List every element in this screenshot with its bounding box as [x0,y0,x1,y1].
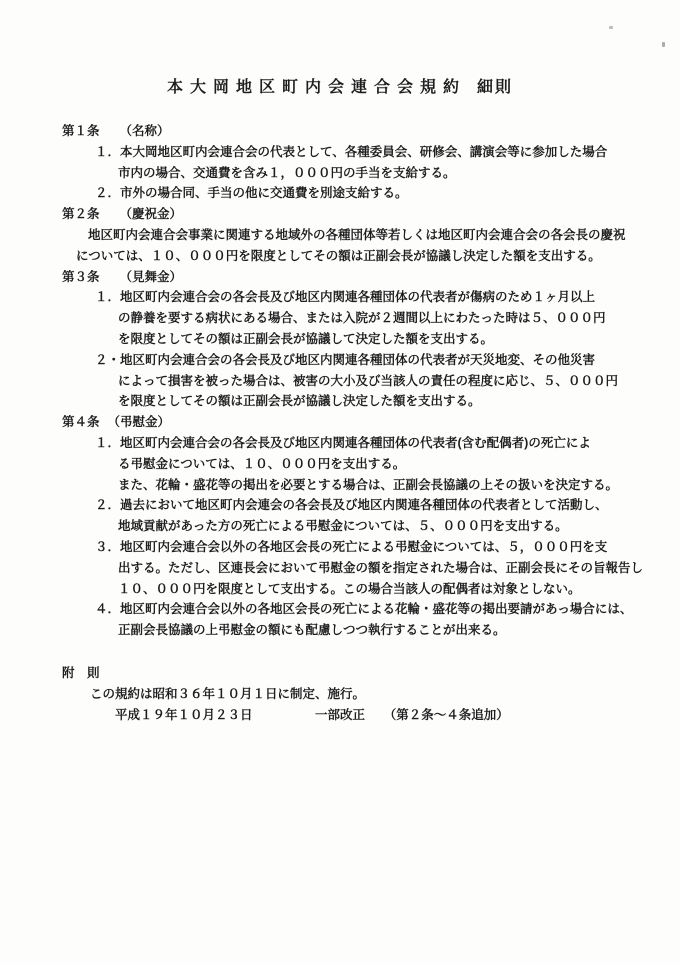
article-3-number: 第３条 [62,267,100,288]
article-3-line-5: によって損害を被った場合は、被害の大小及び当該人の責任の程度に応じ、５、０００円 [62,371,662,392]
article-4-line-7: 出する。ただし、区連長会において弔慰金の額を指定された場合は、正副会長にその旨報… [62,558,662,579]
article-4-line-5: 地域貢献があった方の死亡による弔慰金については、５、０００円を支出する。 [62,516,662,537]
article-3-line-1: １．地区町内会連合会の各会長及び地区内関連各種団体の代表者が傷病のため１ヶ月以上 [62,287,662,308]
article-4-line-10: 正副会長協議の上弔慰金の額にも配慮しつつ執行することが出来る。 [62,620,662,641]
document-title-main: 本大岡地区町内会連合会規約 [167,79,466,96]
article-4-line-3: また、花輪・盛花等の掲出を必要とする場合は、正副会長協議の上その扱いを決定する。 [62,475,662,496]
article-4-line-9: ４．地区町内会連合会以外の各地区会長の死亡による花輪・盛花等の掲出要請があっ場合… [62,599,662,620]
article-1-line-2: 市内の場合、交通費を含み１，０００円の手当を支給する。 [62,163,662,184]
article-1-heading: 第１条 （名称） [62,121,662,142]
document-body: 第１条 （名称） １．本大岡地区町内会連合会の代表として、各種委員会、研修会、講… [62,121,662,725]
article-2-heading: 第２条 （慶祝金） [62,204,662,225]
document-title-suffix: 細則 [477,79,513,96]
article-2-caption: （慶祝金） [120,204,183,225]
article-4-line-4: ２．過去において地区町内会連会の各会長及び地区内関連各種団体の代表者として活動し… [62,495,662,516]
article-3-line-6: を限度としてその額は正副会長が協議し決定した額を支出する。 [62,391,662,412]
article-1-line-1: １．本大岡地区町内会連合会の代表として、各種委員会、研修会、講演会等に参加した場… [62,142,662,163]
scanned-document-page: 本大岡地区町内会連合会規約細則 第１条 （名称） １．本大岡地区町内会連合会の代… [0,0,680,963]
scan-speck [662,42,665,47]
article-2-line-2: については、１０、０００円を限度としてその額は正副会長が協議し決定した額を支出す… [62,246,662,267]
article-4-line-6: ３．地区町内会連合会以外の各地区会長の死亡による弔慰金については、５，０００円を… [62,537,662,558]
article-1: 第１条 （名称） １．本大岡地区町内会連合会の代表として、各種委員会、研修会、講… [62,121,662,204]
appendix: 附 則 この規約は昭和３６年１０月１日に制定、施行。 平成１９年１０月２３日 一… [62,663,662,725]
article-2-number: 第２条 [62,204,100,225]
appendix-line-2: 平成１９年１０月２３日 一部改正 （第２条～４条追加） [62,705,662,726]
article-4: 第４条 （弔慰金） １．地区町内会連合会の各会長及び地区内関連各種団体の代表者(… [62,412,662,641]
article-1-number: 第１条 [62,121,100,142]
article-1-caption: （名称） [120,121,170,142]
article-4-line-8: １０、０００円を限度として支出する。この場合当該人の配偶者は対象としない。 [62,579,662,600]
article-2-line-1: 地区町内会連合会事業に関連する地域外の各種団体等若しくは地区町内会連合会の各会長… [62,225,662,246]
article-4-number: 第４条 [62,412,100,433]
article-2: 第２条 （慶祝金） 地区町内会連合会事業に関連する地域外の各種団体等若しくは地区… [62,204,662,266]
article-3-line-2: の静養を要する病状にある場合、または入院が２週間以上にわたった時は５、０００円 [62,308,662,329]
article-3-heading: 第３条 （見舞金） [62,267,662,288]
appendix-line-1: この規約は昭和３６年１０月１日に制定、施行。 [62,684,662,705]
article-3-line-4: ２・地区町内会連合会の各会長及び地区内関連各種団体の代表者が天災地変、その他災害 [62,350,662,371]
article-4-heading: 第４条 （弔慰金） [62,412,662,433]
article-4-caption: （弔慰金） [108,412,171,433]
article-3-line-3: を限度としてその額は正副会長が協議して決定した額を支出する。 [62,329,662,350]
document-title: 本大岡地区町内会連合会規約細則 [0,74,680,97]
scan-speck [609,26,613,29]
article-4-line-2: る弔慰金については、１０、０００円を支出する。 [62,454,662,475]
article-1-line-3: ２．市外の場合同、手当の他に交通費を別途支給する。 [62,183,662,204]
article-3: 第３条 （見舞金） １．地区町内会連合会の各会長及び地区内関連各種団体の代表者が… [62,267,662,413]
article-3-caption: （見舞金） [120,267,183,288]
appendix-label: 附 則 [62,663,662,684]
article-4-line-1: １．地区町内会連合会の各会長及び地区内関連各種団体の代表者(含む配偶者)の死亡に… [62,433,662,454]
